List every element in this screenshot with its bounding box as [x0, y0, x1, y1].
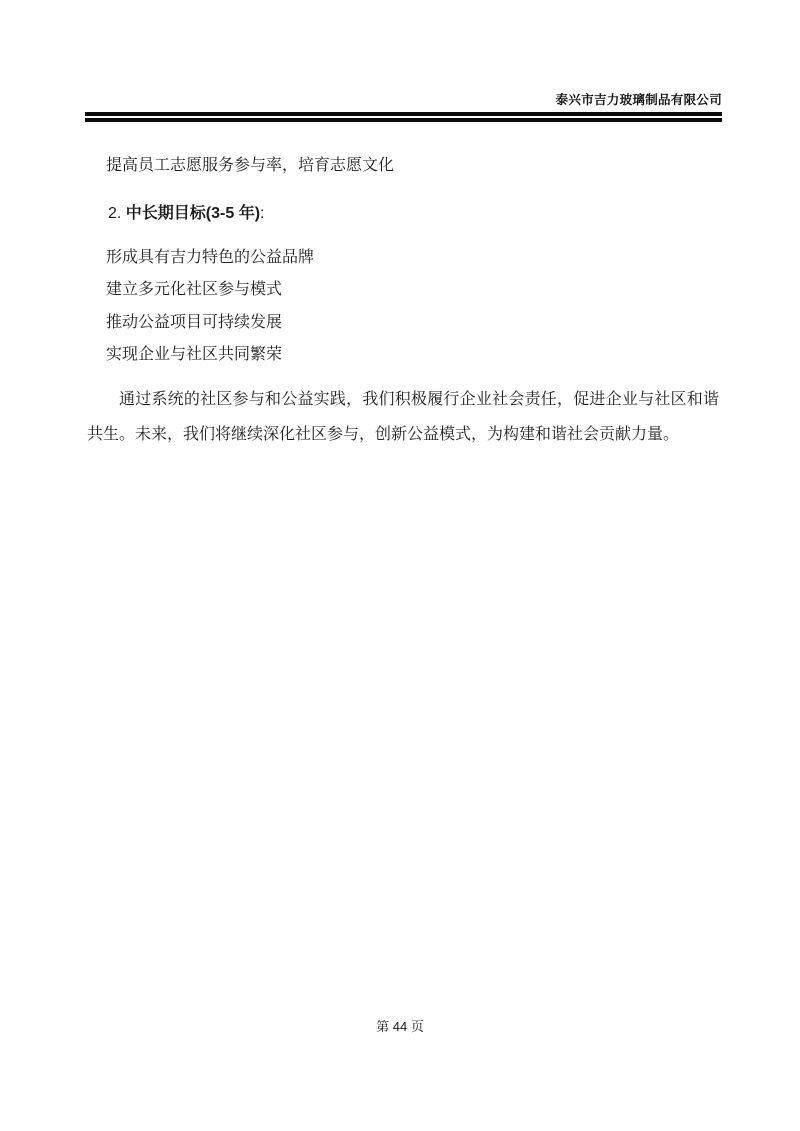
goal-item-prosperity: 实现企业与社区共同繁荣 [106, 339, 314, 371]
heading-colon: : [260, 205, 264, 222]
document-page: 泰兴市吉力玻璃制品有限公司 提高员工志愿服务参与率，培育志愿文化 2. 中长期目… [0, 0, 800, 1131]
goal-item-community-model: 建立多元化社区参与模式 [106, 274, 314, 306]
header-divider-bottom-line [85, 118, 722, 123]
paragraph-volunteer-participation: 提高员工志愿服务参与率，培育志愿文化 [106, 155, 394, 177]
header-divider-rule [85, 112, 722, 122]
closing-paragraph: 通过系统的社区参与和公益实践，我们积极履行企业社会责任，促进企业与社区和谐共生。… [87, 382, 719, 452]
heading-midterm-goals: 2. 中长期目标(3-5 年): [108, 203, 264, 225]
heading-bold-text: 中长期目标(3-5 年) [126, 205, 260, 222]
header-company-name: 泰兴市吉力玻璃制品有限公司 [85, 90, 722, 108]
goal-item-sustainability: 推动公益项目可持续发展 [106, 307, 314, 339]
header-divider-top-line [85, 112, 722, 116]
heading-number: 2. [108, 205, 126, 222]
goal-list: 形成具有吉力特色的公益品牌 建立多元化社区参与模式 推动公益项目可持续发展 实现… [106, 242, 314, 372]
goal-item-brand: 形成具有吉力特色的公益品牌 [106, 242, 314, 274]
footer-page-number: 第 44 页 [0, 1016, 800, 1035]
